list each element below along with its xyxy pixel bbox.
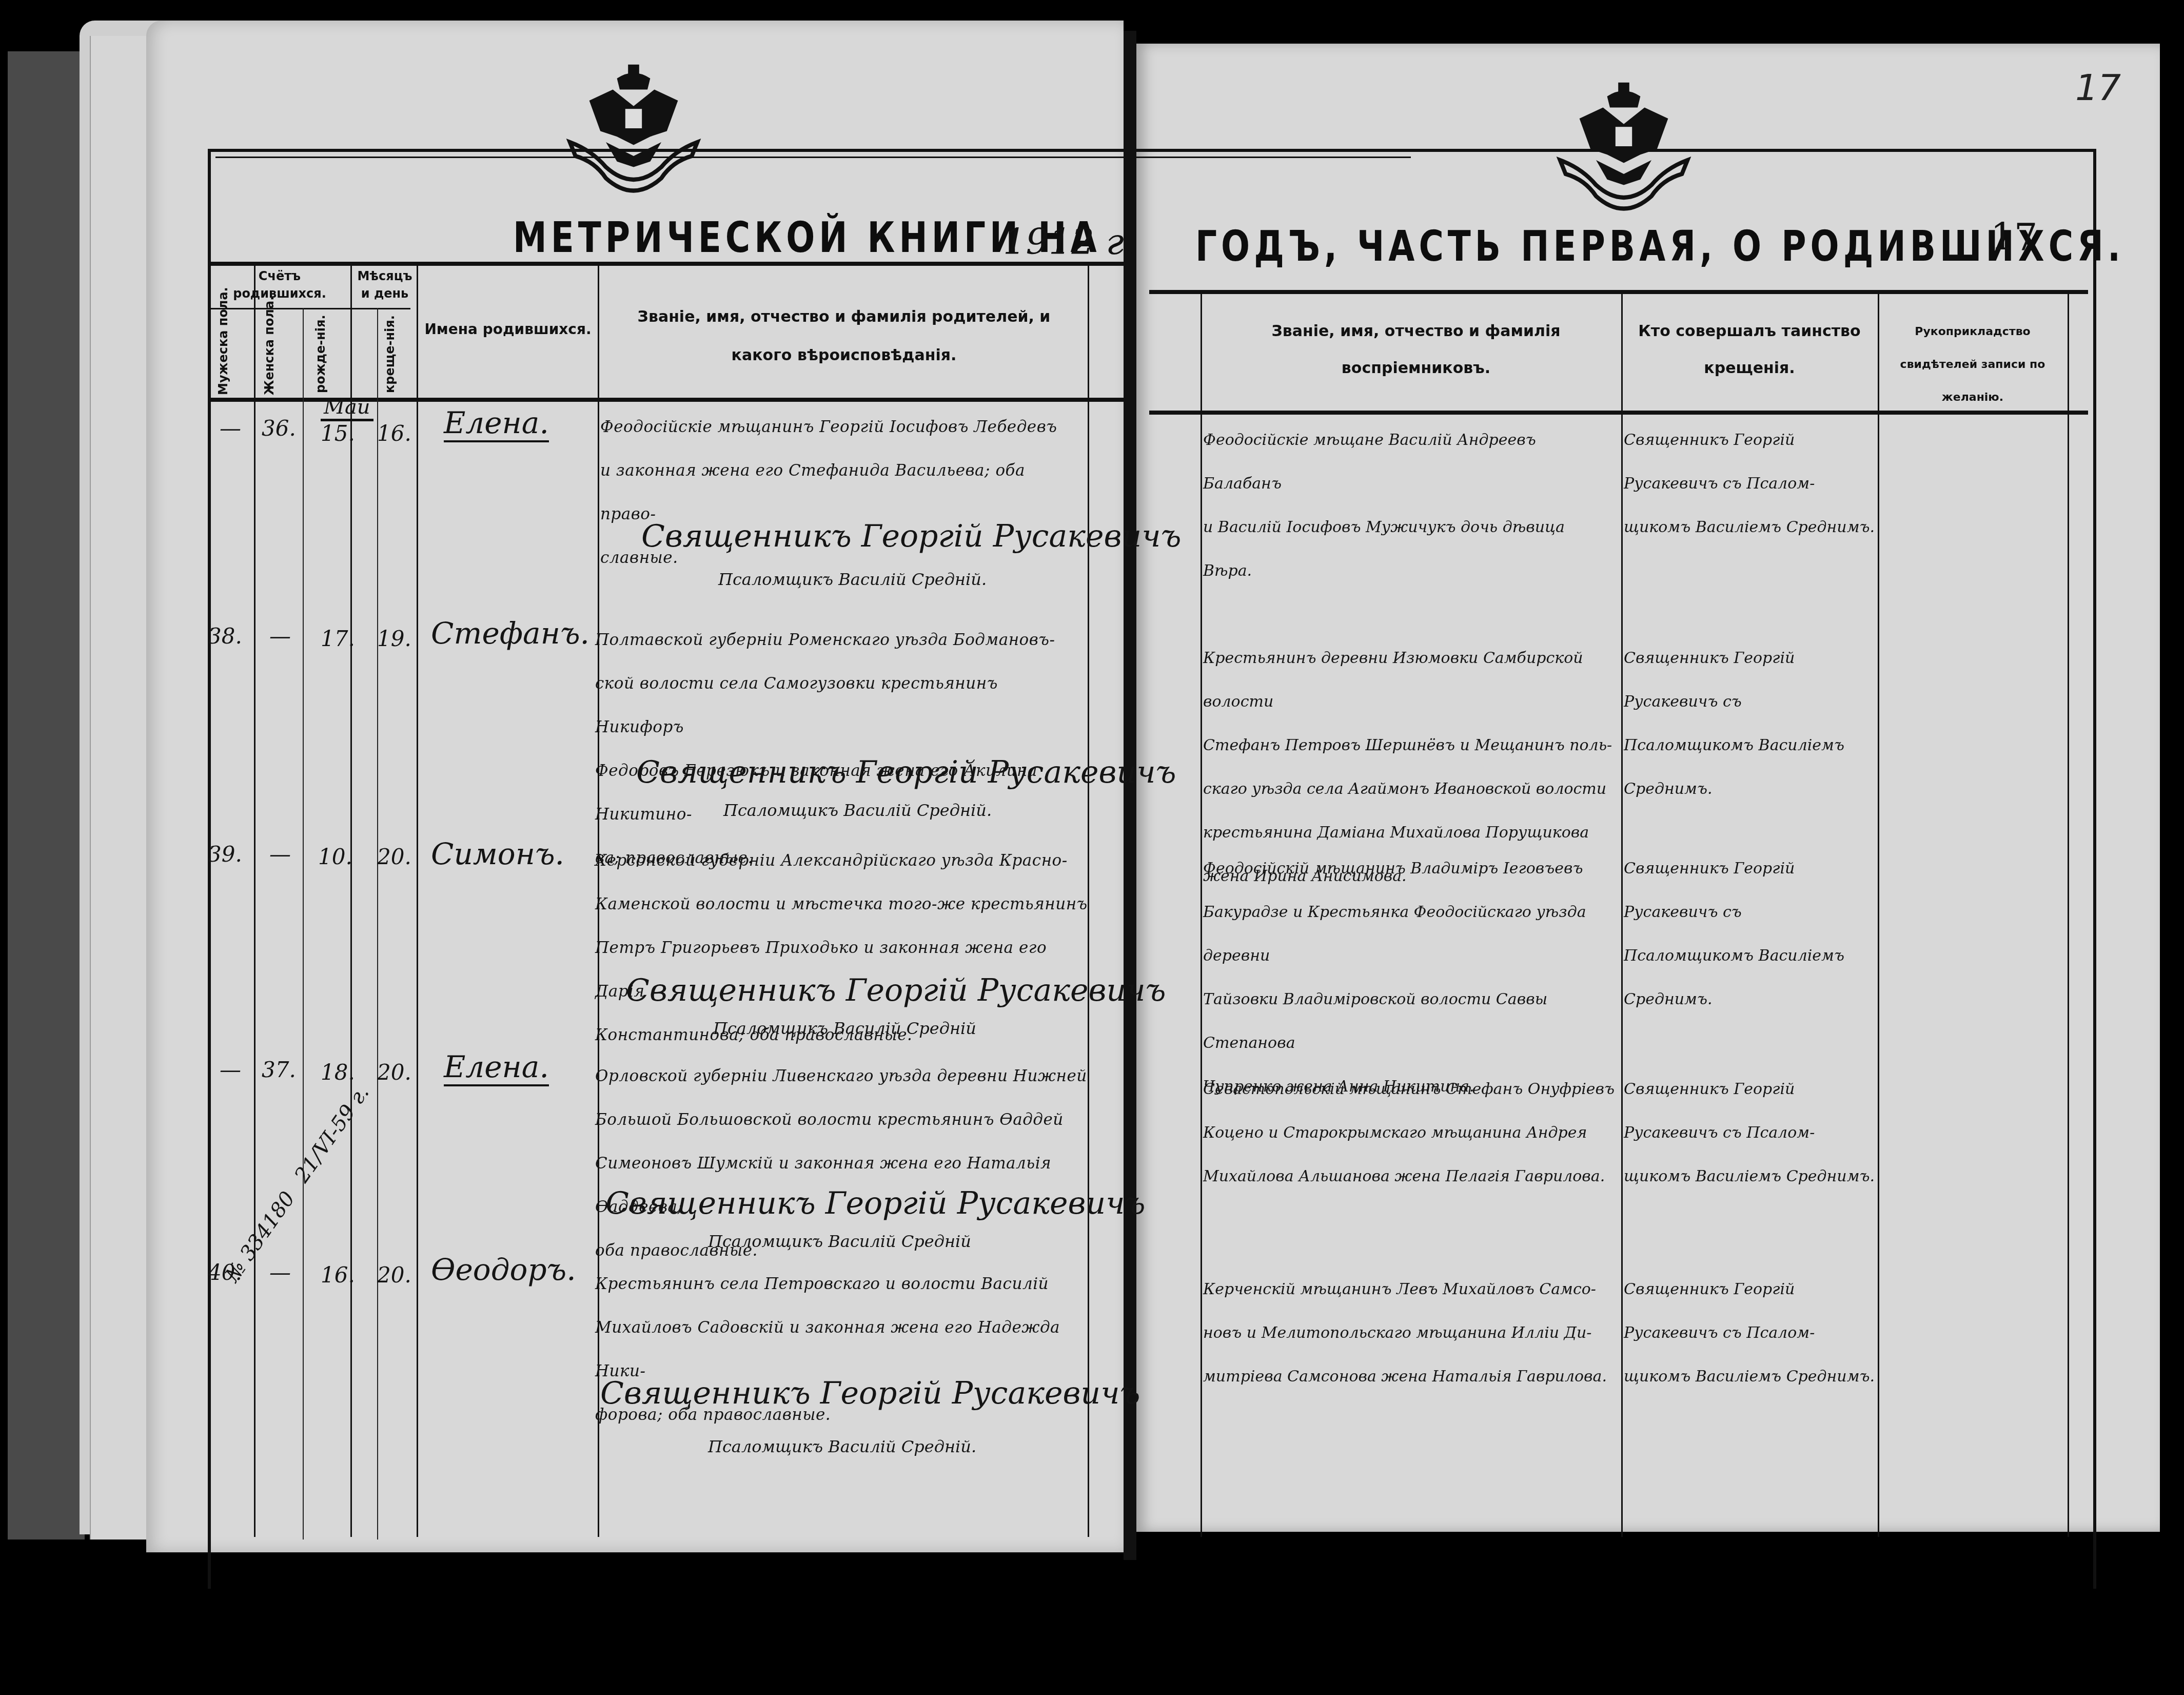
book-cover: [8, 51, 85, 1540]
col-header-godparents: Званіе, имя, отчество и фамилія воспріем…: [1221, 313, 1611, 387]
female-number: 37.: [262, 1057, 296, 1082]
officiant-line: щикомъ Василіемъ Среднимъ.: [1624, 1355, 1875, 1398]
male-number: 40.: [208, 1260, 242, 1285]
group-subrule: [210, 308, 410, 309]
birth-day: 18.: [321, 1060, 355, 1085]
child-name: Елена.: [444, 405, 549, 442]
child-name: Симонъ.: [431, 836, 564, 871]
year-handwritten: 1912 г.: [1003, 221, 1135, 263]
parents-line: Большой Большовской волости крестьянинъ …: [595, 1098, 1088, 1142]
priest-signature: Священникъ Георгій Русакевичъ: [605, 1185, 1145, 1221]
birth-day: 16.: [321, 1262, 355, 1288]
godparents-line: Феодосійскій мѣщанинъ Владиміръ Іеговъев…: [1203, 847, 1619, 890]
godparents-line: Керченскій мѣщанинъ Левъ Михайловъ Самсо…: [1203, 1268, 1619, 1311]
officiant-line: Священникъ Георгій Русакевичъ съ: [1624, 636, 1875, 724]
psalmist-signature: Псаломщикъ Василій Средній: [713, 1019, 976, 1038]
psalmist-signature: Псаломщикъ Василій Средній.: [718, 570, 987, 589]
double-headed-eagle-icon: [1555, 77, 1693, 216]
col-header-parents: Званіе, имя, отчество и фамилія родителе…: [605, 298, 1083, 375]
officiant-entry: Священникъ Георгій Русакевичъ съ Псаломщ…: [1624, 847, 1875, 1021]
priest-signature: Священникъ Георгій Русакевичъ: [600, 1375, 1140, 1411]
birth-day: 15.: [321, 421, 355, 446]
double-headed-eagle-icon: [564, 59, 703, 198]
col-header-witness: Рукоприкладство свидѣтелей записи по жел…: [1880, 316, 2065, 414]
col-header-baptism: креще-нія.: [382, 313, 413, 395]
psalmist-signature: Псаломщикъ Василій Средній.: [708, 1437, 976, 1456]
officiant-line: Псаломщикомъ Василіемъ Среднимъ.: [1624, 934, 1875, 1021]
emblem-right-svg: [1555, 77, 1693, 216]
priest-signature: Священникъ Георгій Русакевичъ: [641, 518, 1181, 554]
header-top-rule-right: [1149, 290, 2088, 294]
godparents-line: скаго уѣзда села Агаймонъ Ивановской вол…: [1203, 767, 1619, 811]
godparents-line: Тайзовки Владиміровской волости Саввы Ст…: [1203, 978, 1619, 1065]
col-line: [2068, 290, 2069, 1537]
officiant-line: Священникъ Георгій Русакевичъ съ Псалом-: [1624, 1067, 1875, 1155]
parents-line: ской волости села Самогузовки крестьянин…: [595, 662, 1088, 749]
officiant-line: Священникъ Георгій Русакевичъ съ Псалом-: [1624, 1268, 1875, 1355]
col-line: [1088, 264, 1089, 1537]
female-number: —: [269, 624, 291, 649]
female-number: 36.: [262, 416, 296, 441]
col-line: [350, 264, 352, 1537]
printed-page-number: 17: [1991, 216, 2038, 259]
col-line: [254, 264, 255, 1537]
col-header-count-group: Счётъ родившихся.: [213, 268, 346, 302]
godparents-line: Коцено и Старокрымскаго мѣщанина Андрея: [1203, 1111, 1619, 1155]
baptism-day: 20.: [377, 1060, 411, 1085]
col-header-birth: рожде-нія.: [313, 313, 344, 395]
officiant-line: Священникъ Георгій Русакевичъ съ Псалом-: [1624, 418, 1875, 505]
officiant-entry: Священникъ Георгій Русакевичъ съ Псалом-…: [1624, 1268, 1875, 1398]
godparents-entry: Керченскій мѣщанинъ Левъ Михайловъ Самсо…: [1203, 1268, 1619, 1398]
birth-day: 17.: [321, 626, 355, 651]
parents-line: Херсонской губерніи Александрійскаго уѣз…: [595, 839, 1088, 883]
officiant-entry: Священникъ Георгій Русакевичъ съ Псалом-…: [1624, 418, 1875, 549]
officiant-line: Священникъ Георгій Русакевичъ съ: [1624, 847, 1875, 934]
child-name: Стефанъ.: [431, 616, 589, 651]
birth-day: 10.: [318, 844, 352, 869]
parents-line: Каменской волости и мѣстечка того-же кре…: [595, 883, 1088, 926]
male-number: —: [220, 1057, 241, 1082]
col-line: [377, 308, 378, 1540]
col-line: [303, 308, 304, 1540]
psalmist-signature: Псаломщикъ Василій Средній: [708, 1232, 971, 1251]
col-line: [1201, 290, 1202, 1537]
godparents-line: Михайлова Альшанова жена Пелагія Гаврило…: [1203, 1155, 1619, 1198]
col-header-male: Мужеска пола.: [215, 313, 251, 395]
godparents-line: Бакурадзе и Крестьянка Феодосійскаго уѣз…: [1203, 890, 1619, 978]
godparents-line: и Василій Іосифовъ Мужичукъ дочь дѣвица: [1203, 505, 1619, 549]
month-label: Май: [321, 395, 373, 421]
godparents-entry: Феодосійскіе мѣщане Василій Андреевъ Бал…: [1203, 418, 1619, 593]
baptism-day: 20.: [377, 1262, 411, 1288]
parents-line: Крестьянинъ села Петровскаго и волости В…: [595, 1262, 1088, 1306]
godparents-line: Севастопольскій мѣщанинъ Стефанъ Онуфріе…: [1203, 1067, 1619, 1111]
baptism-day: 19.: [377, 626, 411, 651]
col-line: [1878, 290, 1879, 1537]
parents-line: Полтавской губерніи Роменскаго уѣзда Бод…: [595, 618, 1088, 662]
parents-line: Орловской губерніи Ливенскаго уѣзда дере…: [595, 1055, 1088, 1098]
male-number: 38.: [208, 624, 242, 649]
godparents-line: Феодосійскіе мѣщане Василій Андреевъ Бал…: [1203, 418, 1619, 505]
godparents-line: новъ и Мелитопольскаго мѣщанина Илліи Ди…: [1203, 1311, 1619, 1355]
baptism-day: 20.: [377, 844, 411, 869]
priest-signature: Священникъ Георгій Русакевичъ: [636, 754, 1176, 790]
col-line: [1621, 290, 1623, 1537]
col-header-officiant: Кто совершалъ таинство крещенія.: [1626, 313, 1873, 387]
godparents-line: Крестьянинъ деревни Изюмовки Самбирской …: [1203, 636, 1619, 724]
godparents-line: Вѣра.: [1203, 549, 1619, 593]
priest-signature: Священникъ Георгій Русакевичъ: [626, 972, 1166, 1008]
officiant-entry: Священникъ Георгій Русакевичъ съ Псаломщ…: [1624, 636, 1875, 811]
col-header-date-group: Мѣсяцъ и день: [354, 268, 416, 302]
godparents-line: Стефанъ Петровъ Шершнёвъ и Мещанинъ поль…: [1203, 724, 1619, 767]
header-top-rule-left: [210, 262, 1124, 266]
officiant-entry: Священникъ Георгій Русакевичъ съ Псалом-…: [1624, 1067, 1875, 1198]
male-number: —: [220, 416, 241, 441]
corner-page-number: 17: [2075, 67, 2121, 109]
col-header-names: Имена родившихся.: [421, 316, 595, 343]
officiant-line: щикомъ Василіемъ Среднимъ.: [1624, 505, 1875, 549]
female-number: —: [269, 842, 291, 867]
child-name: Елена.: [444, 1049, 549, 1086]
right-headline: ГОДЪ, ЧАСТЬ ПЕРВАЯ, О РОДИВШИХСЯ.: [1195, 222, 2124, 271]
emblem-left-svg: [564, 59, 703, 198]
officiant-line: щикомъ Василіемъ Среднимъ.: [1624, 1155, 1875, 1198]
psalmist-signature: Псаломщикъ Василій Средній.: [723, 801, 992, 820]
col-line: [417, 264, 418, 1537]
child-name: Ѳеодоръ.: [431, 1252, 576, 1287]
frame-inner-rule: [215, 157, 1411, 158]
officiant-line: Псаломщикомъ Василіемъ Среднимъ.: [1624, 724, 1875, 811]
male-number: 39.: [208, 842, 242, 867]
godparents-entry: Севастопольскій мѣщанинъ Стефанъ Онуфріе…: [1203, 1067, 1619, 1198]
col-header-female: Женска пола.: [262, 313, 298, 395]
parents-line: Феодосійскіе мѣщанинъ Георгій Іосифовъ Л…: [600, 405, 1083, 449]
female-number: —: [269, 1260, 291, 1285]
baptism-day: 16.: [377, 421, 411, 446]
godparents-line: митріева Самсонова жена Натальія Гаврило…: [1203, 1355, 1619, 1398]
